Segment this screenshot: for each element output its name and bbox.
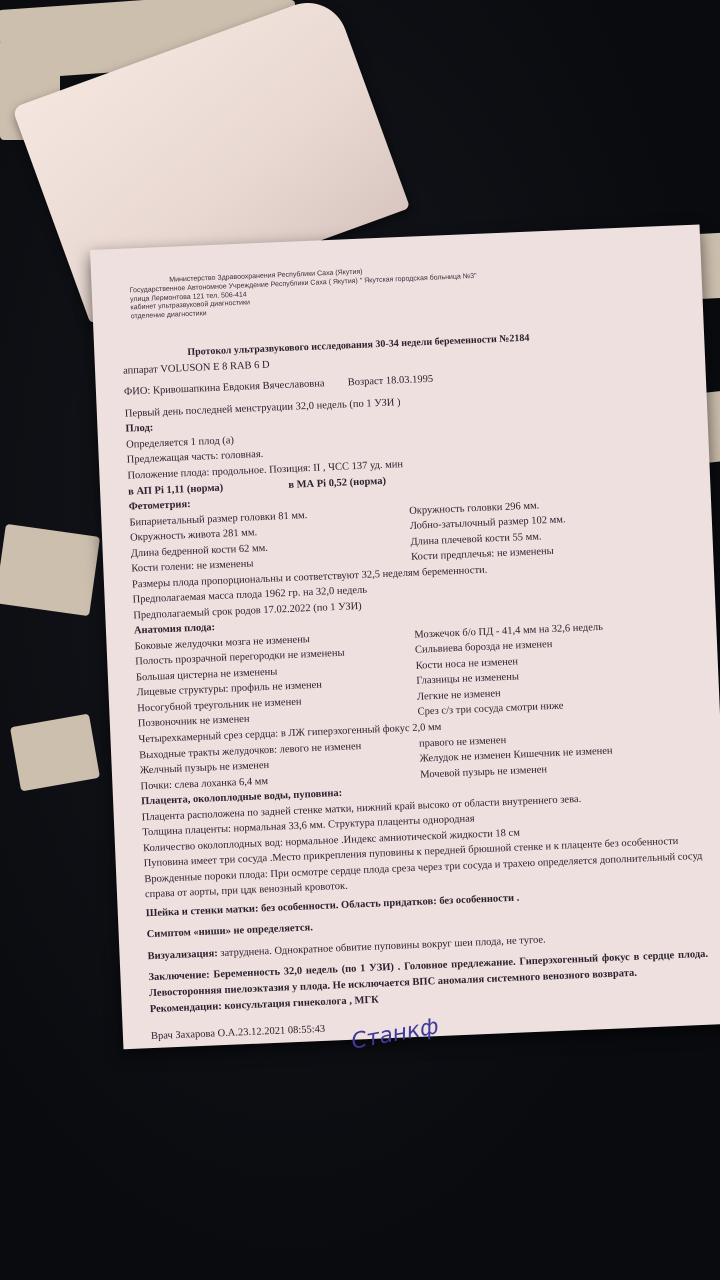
visualization-label: Визуализация: <box>147 948 218 962</box>
patient-birthdate: Возраст 18.03.1995 <box>348 374 434 389</box>
ultrasound-report-page: Министерство Здравоохранения Республики … <box>90 224 720 1049</box>
doppler-ua: в АП Pi 1,11 (норма) <box>128 482 223 497</box>
fabric-stripe <box>0 524 100 616</box>
institution-header: Министерство Здравоохранения Республики … <box>129 255 690 322</box>
fabric-stripe <box>10 714 100 792</box>
doppler-mca: в МА Pi 0,52 (норма) <box>288 475 386 490</box>
